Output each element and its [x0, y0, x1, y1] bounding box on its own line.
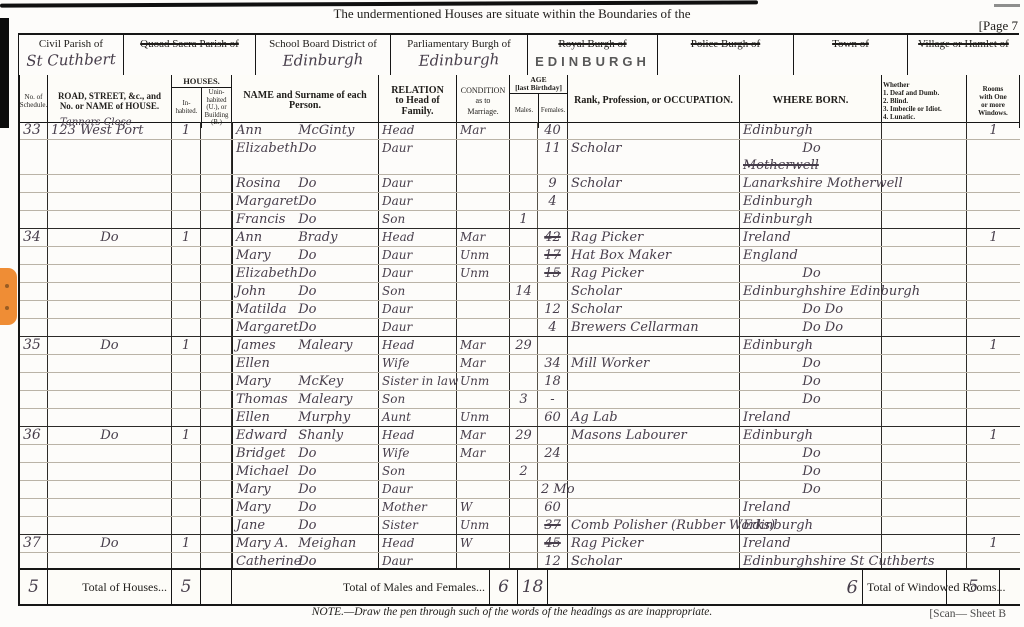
- schedule-number: [20, 140, 48, 174]
- born-value: Do: [743, 445, 878, 462]
- given-name: Bridget: [236, 446, 286, 461]
- col-whether: Whether 1. Deaf and Dumb. 2. Blind. 3. I…: [882, 75, 967, 128]
- age-females: 60: [538, 409, 568, 426]
- census-table-body: 33Tanners Close123 West Port1AnnMcGintyH…: [18, 122, 1020, 568]
- address: [48, 445, 172, 462]
- windowed-rooms: [967, 463, 1020, 480]
- person-row: ThomasMalearySon3-Do: [20, 391, 1020, 409]
- surname: Do: [298, 445, 316, 462]
- born-value: Do: [743, 265, 878, 282]
- surname: McKey: [298, 373, 343, 390]
- person-name: ThomasMaleary: [232, 391, 379, 408]
- condition: [457, 319, 510, 336]
- age-females: 4: [538, 193, 568, 210]
- windowed-pre-cell: 6: [548, 570, 862, 604]
- age-value: 37: [544, 518, 561, 533]
- schedule-number: 37: [20, 535, 48, 552]
- surname: Shanly: [298, 427, 343, 444]
- person-row: EllenWifeMar34Mill WorkerDo: [20, 355, 1020, 373]
- whether-infirm: [882, 319, 967, 336]
- houses-inhabited: [172, 409, 201, 426]
- address: Do: [48, 337, 172, 354]
- surname: Brady: [298, 229, 337, 246]
- windowed-rooms: [967, 265, 1020, 282]
- person-name: MaryDo: [232, 481, 379, 498]
- school-board-value: Edinburgh: [256, 50, 390, 71]
- highlight-marker[interactable]: [0, 268, 17, 325]
- age-males: [510, 175, 538, 192]
- school-board-cell: School Board District of Edinburgh: [256, 35, 391, 77]
- age-males: [510, 481, 538, 498]
- age-value: 18: [544, 374, 561, 389]
- person-name: MaryDo: [232, 247, 379, 264]
- address-main: Do: [51, 535, 168, 552]
- houses-uninhabited: [201, 283, 232, 300]
- age-value: 24: [544, 446, 561, 461]
- houses-inhabited: [172, 373, 201, 390]
- windowed-rooms: 1: [967, 427, 1020, 444]
- given-name: John: [236, 284, 266, 299]
- relation: Daur: [379, 247, 457, 264]
- total-houses-label-cell: Total of Houses...: [48, 570, 172, 604]
- person-row: 37Do1Mary A.MeighanHeadW45Rag PickerIrel…: [20, 535, 1020, 553]
- marker-dot: [5, 306, 9, 310]
- total-females-value: 18: [518, 570, 548, 604]
- age-females: [538, 337, 568, 354]
- scan-corner-mark: [994, 4, 1020, 7]
- windowed-rooms: [967, 373, 1020, 390]
- condition: Mar: [457, 229, 510, 246]
- surname: Do: [298, 319, 316, 336]
- person-row: 35Do1JamesMalearyHeadMar29Edinburgh1: [20, 337, 1020, 355]
- condition: Unm: [457, 247, 510, 264]
- surname: Do: [298, 265, 316, 282]
- born-value: Edinburgh: [743, 428, 813, 443]
- occupation: [568, 391, 740, 408]
- houses-uninhabited: [201, 265, 232, 282]
- relation: Sister in law: [379, 373, 457, 390]
- total-windowed-value: 5: [947, 570, 1000, 604]
- surname: McGinty: [298, 122, 354, 139]
- age-females: [538, 427, 568, 444]
- occupation: Ag Lab: [568, 409, 740, 426]
- condition: [457, 283, 510, 300]
- schedule-number: 36: [20, 427, 48, 444]
- person-row: MargaretDoDaur4Brewers CellarmanDo Do: [20, 319, 1020, 337]
- age-value: 11: [544, 141, 561, 156]
- age-value: 42: [544, 230, 561, 245]
- address: [48, 283, 172, 300]
- surname: Meighan: [298, 535, 356, 552]
- houses-uninhabited: [201, 193, 232, 210]
- condition: [457, 175, 510, 192]
- address: [48, 391, 172, 408]
- age-value: 60: [544, 500, 561, 515]
- col-schedule: No. of Schedule.: [20, 75, 48, 128]
- school-board-label: School Board District of: [256, 38, 390, 50]
- col-houses-group: HOUSES. In- habited. Unin- habited (U.),…: [172, 75, 232, 128]
- where-born: Ireland: [740, 229, 882, 246]
- houses-inhabited: [172, 499, 201, 516]
- address: [48, 193, 172, 210]
- where-born: Edinburgh: [740, 211, 882, 228]
- condition: Unm: [457, 409, 510, 426]
- relation: Wife: [379, 445, 457, 462]
- address: [48, 355, 172, 372]
- condition: [457, 193, 510, 210]
- born-struck: Motherwell: [743, 158, 819, 173]
- address: [48, 301, 172, 318]
- parliamentary-burgh-value: Edinburgh: [391, 50, 527, 71]
- relation: Son: [379, 211, 457, 228]
- houses-uninhabited: [201, 535, 232, 552]
- houses-uninhabited: [201, 445, 232, 462]
- surname: Do: [298, 463, 316, 480]
- age-females: 60: [538, 499, 568, 516]
- surname: Do: [298, 140, 316, 157]
- houses-inhabited: [172, 247, 201, 264]
- born-value: Edinburgh: [743, 194, 813, 209]
- whether-infirm: [882, 373, 967, 390]
- royal-burgh-cell: Royal Burgh of EDINBURGH: [528, 35, 658, 77]
- col-age-title: AGE [last Birthday]: [510, 75, 567, 94]
- person-row: ElizabethDoDaur11ScholarDo Motherwell: [20, 140, 1020, 175]
- age-males: [510, 193, 538, 210]
- houses-uninhabited: [201, 301, 232, 318]
- age-value: 4: [548, 320, 556, 335]
- person-row: MichaelDoSon2Do: [20, 463, 1020, 481]
- given-name: Mary: [236, 374, 271, 389]
- person-name: Ellen: [232, 355, 379, 372]
- town-cell: Town of: [794, 35, 908, 77]
- schedule-number: [20, 193, 48, 210]
- given-name: Mary: [236, 500, 271, 515]
- person-row: MaryDoDaurUnm17Hat Box MakerEngland: [20, 247, 1020, 265]
- occupation: [568, 481, 740, 498]
- where-born: Edinburgh: [740, 122, 882, 139]
- where-born: Do Do: [740, 319, 882, 336]
- where-born: Ireland: [740, 535, 882, 552]
- occupation: Scholar: [568, 283, 740, 300]
- person-name: AnnBrady: [232, 229, 379, 246]
- totals-row: 5 Total of Houses... 5 Total of Males an…: [18, 568, 1020, 606]
- condition: W: [457, 499, 510, 516]
- houses-inhabited: [172, 301, 201, 318]
- person-row: MatildaDoDaur12ScholarDo Do: [20, 301, 1020, 319]
- whether-infirm: [882, 409, 967, 426]
- occupation: Mill Worker: [568, 355, 740, 372]
- person-row: RosinaDoDaur9ScholarLanarkshire Motherwe…: [20, 175, 1020, 193]
- whether-infirm: [882, 355, 967, 372]
- age-females: [538, 283, 568, 300]
- houses-uninhabited: [201, 247, 232, 264]
- condition: [457, 301, 510, 318]
- windowed-rooms: 1: [967, 229, 1020, 246]
- age-females: 11: [538, 140, 568, 174]
- col-where-born: WHERE BORN.: [740, 75, 882, 128]
- address: Do: [48, 229, 172, 246]
- occupation: [568, 337, 740, 354]
- given-name: Elizabeth: [236, 266, 298, 281]
- where-born: Edinburgh: [740, 337, 882, 354]
- condition: Mar: [457, 427, 510, 444]
- houses-uninhabited: [201, 481, 232, 498]
- windowed-rooms: 1: [967, 535, 1020, 552]
- age-males: [510, 499, 538, 516]
- houses-uninhabited: [201, 463, 232, 480]
- occupation: Rag Picker: [568, 535, 740, 552]
- schedule-number: [20, 517, 48, 534]
- age-males: 29: [510, 337, 538, 354]
- quoad-sacra-cell: Quoad Sacra Parish of: [124, 35, 256, 77]
- age-value: 15: [544, 266, 561, 281]
- person-name: MargaretDo: [232, 319, 379, 336]
- born-value: Edinburgh: [743, 123, 813, 138]
- houses-uninhabited: [201, 499, 232, 516]
- census-table-header: No. of Schedule. ROAD, STREET, &c., and …: [18, 75, 1020, 123]
- schedule-number: [20, 211, 48, 228]
- person-row: 33Tanners Close123 West Port1AnnMcGintyH…: [20, 122, 1020, 140]
- where-born: Do: [740, 373, 882, 390]
- occupation: Scholar: [568, 140, 740, 174]
- police-burgh-cell: Police Burgh of: [658, 35, 794, 77]
- quoad-sacra-label: Quoad Sacra Parish of: [124, 38, 255, 50]
- given-name: Thomas: [236, 392, 288, 407]
- occupation: [568, 445, 740, 462]
- condition: [457, 211, 510, 228]
- age-males: [510, 265, 538, 282]
- age-females: 15: [538, 265, 568, 282]
- given-name: Catherine: [236, 554, 301, 569]
- occupation: Hat Box Maker: [568, 247, 740, 264]
- age-females: [538, 463, 568, 480]
- whether-infirm: [882, 247, 967, 264]
- address-main: Do: [51, 229, 168, 246]
- windowed-label-cell: Total of Windowed Rooms...: [862, 570, 947, 604]
- person-name: EllenMurphy: [232, 409, 379, 426]
- houses-inhabited: [172, 391, 201, 408]
- born-value: Edinburgh: [743, 338, 813, 353]
- person-name: EdwardShanly: [232, 427, 379, 444]
- where-born: Edinburgh: [740, 517, 882, 534]
- windowed-rooms: [967, 140, 1020, 174]
- condition: Mar: [457, 445, 510, 462]
- age-males: [510, 140, 538, 174]
- age-males: 29: [510, 427, 538, 444]
- age-males: 14: [510, 283, 538, 300]
- schedule-number: [20, 355, 48, 372]
- age-males: 3: [510, 391, 538, 408]
- age-males: 1: [510, 211, 538, 228]
- born-value: Ireland: [743, 230, 791, 245]
- houses-uninhabited: [201, 355, 232, 372]
- houses-inhabited: [172, 283, 201, 300]
- schedule-number: [20, 283, 48, 300]
- whether-infirm: [882, 283, 967, 300]
- col-condition: CONDITION as to Marriage.: [457, 75, 510, 128]
- age-value: 17: [544, 248, 561, 263]
- born-value: Ireland: [743, 536, 791, 551]
- relation: Daur: [379, 265, 457, 282]
- total-schedule-value: 5: [20, 570, 48, 604]
- age-males: [510, 355, 538, 372]
- relation: Daur: [379, 301, 457, 318]
- houses-inhabited: [172, 481, 201, 498]
- address: [48, 373, 172, 390]
- whether-infirm: [882, 517, 967, 534]
- given-name: Michael: [236, 464, 289, 479]
- person-row: JaneDoSisterUnm37Comb Polisher (Rubber W…: [20, 517, 1020, 535]
- age-value: 12: [544, 302, 561, 317]
- age-value: 45: [544, 536, 561, 551]
- windowed-rooms: [967, 409, 1020, 426]
- schedule-number: [20, 445, 48, 462]
- schedule-number: [20, 409, 48, 426]
- age-females: 17: [538, 247, 568, 264]
- occupation: [568, 373, 740, 390]
- person-name: RosinaDo: [232, 175, 379, 192]
- schedule-number: [20, 463, 48, 480]
- given-name: Mary: [236, 482, 271, 497]
- surname: Maleary: [298, 337, 352, 354]
- houses-uninhabited: [201, 319, 232, 336]
- schedule-number: [20, 373, 48, 390]
- age-males: [510, 247, 538, 264]
- whether-infirm: [882, 229, 967, 246]
- totals-spacer-2: [1000, 570, 1020, 604]
- born-value: Do: [743, 373, 878, 390]
- whether-infirm: [882, 463, 967, 480]
- born-value: Do: [743, 391, 878, 408]
- person-name: ElizabethDo: [232, 140, 379, 174]
- condition: Mar: [457, 355, 510, 372]
- houses-inhabited: [172, 355, 201, 372]
- given-name: Jane: [236, 518, 265, 533]
- relation: Daur: [379, 175, 457, 192]
- given-name: Ellen: [236, 356, 270, 371]
- given-name: Ellen: [236, 410, 270, 425]
- houses-uninhabited: [201, 175, 232, 192]
- born-value: Do: [743, 355, 878, 372]
- age-males: [510, 319, 538, 336]
- windowed-rooms: [967, 355, 1020, 372]
- where-born: Do: [740, 391, 882, 408]
- occupation: Scholar: [568, 301, 740, 318]
- age-value: 34: [544, 356, 561, 371]
- houses-uninhabited: [201, 229, 232, 246]
- given-name: Mary A.: [236, 536, 288, 551]
- relation: Daur: [379, 319, 457, 336]
- address-above: Tanners Close: [60, 114, 132, 131]
- given-name: Ann: [236, 230, 262, 245]
- address: [48, 463, 172, 480]
- col-name: NAME and Surname of each Person.: [232, 75, 379, 128]
- civil-parish-cell: Civil Parish of St Cuthbert: [19, 35, 124, 77]
- given-name: Rosina: [236, 176, 281, 191]
- condition: W: [457, 535, 510, 552]
- occupation: Masons Labourer: [568, 427, 740, 444]
- age-males: [510, 517, 538, 534]
- relation: Daur: [379, 481, 457, 498]
- address: [48, 140, 172, 174]
- houses-inhabited: [172, 175, 201, 192]
- occupation: Scholar: [568, 175, 740, 192]
- marker-dot: [5, 284, 9, 288]
- person-name: BridgetDo: [232, 445, 379, 462]
- where-born: Edinburgh: [740, 193, 882, 210]
- person-row: MargaretDoDaur4Edinburgh: [20, 193, 1020, 211]
- windowed-pre-value: 6: [847, 577, 858, 598]
- age-females: -: [538, 391, 568, 408]
- given-name: Ann: [236, 123, 262, 138]
- age-females: [538, 211, 568, 228]
- occupation: [568, 211, 740, 228]
- relation: Wife: [379, 355, 457, 372]
- where-born: Lanarkshire Motherwell: [740, 175, 882, 192]
- windowed-rooms: 1: [967, 122, 1020, 139]
- condition: Mar: [457, 337, 510, 354]
- age-females: 18: [538, 373, 568, 390]
- person-name: MichaelDo: [232, 463, 379, 480]
- age-females: 40: [538, 122, 568, 139]
- person-row: FrancisDoSon1Edinburgh: [20, 211, 1020, 229]
- whether-infirm: [882, 337, 967, 354]
- age-males: [510, 373, 538, 390]
- address: Tanners Close123 West Port: [48, 122, 172, 139]
- where-born: Ireland: [740, 409, 882, 426]
- address: [48, 517, 172, 534]
- village-hamlet-cell: Village or Hamlet of: [908, 35, 1019, 77]
- born-value: Do Do: [743, 301, 878, 318]
- houses-inhabited: [172, 211, 201, 228]
- surname: Do: [298, 247, 316, 264]
- person-row: ElizabethDoDaurUnm15Rag PickerDo: [20, 265, 1020, 283]
- houses-uninhabited: [201, 427, 232, 444]
- age-value: -: [550, 392, 554, 407]
- civil-parish-label: Civil Parish of: [19, 38, 123, 50]
- houses-inhabited: [172, 265, 201, 282]
- born-value: Edinburgh: [743, 212, 813, 227]
- occupation: [568, 193, 740, 210]
- whether-infirm: [882, 391, 967, 408]
- civil-parish-value: St Cuthbert: [19, 50, 123, 70]
- condition: Unm: [457, 265, 510, 282]
- whether-infirm: [882, 481, 967, 498]
- person-name: MaryDo: [232, 499, 379, 516]
- age-males: [510, 301, 538, 318]
- whether-infirm: [882, 122, 967, 139]
- windowed-rooms: 1: [967, 337, 1020, 354]
- houses-inhabited: 1: [172, 535, 201, 552]
- surname: Do: [298, 499, 316, 516]
- address-main: Do: [51, 427, 168, 444]
- born-value: England: [743, 248, 798, 263]
- surname: Do: [298, 175, 316, 192]
- where-born: Do: [740, 463, 882, 480]
- windowed-rooms: [967, 499, 1020, 516]
- parliamentary-burgh-cell: Parliamentary Burgh of Edinburgh: [391, 35, 528, 77]
- col-relation: RELATION to Head of Family.: [379, 75, 457, 128]
- police-burgh-label: Police Burgh of: [658, 38, 793, 50]
- address: Do: [48, 535, 172, 552]
- houses-uninhabited: [201, 391, 232, 408]
- age-males: [510, 445, 538, 462]
- age-females: 12: [538, 301, 568, 318]
- total-houses-label: Total of Houses...: [52, 580, 167, 595]
- total-males-females-label: Total of Males and Females...: [236, 580, 485, 595]
- houses-uninhabited: [201, 409, 232, 426]
- age-value: 4: [548, 194, 556, 209]
